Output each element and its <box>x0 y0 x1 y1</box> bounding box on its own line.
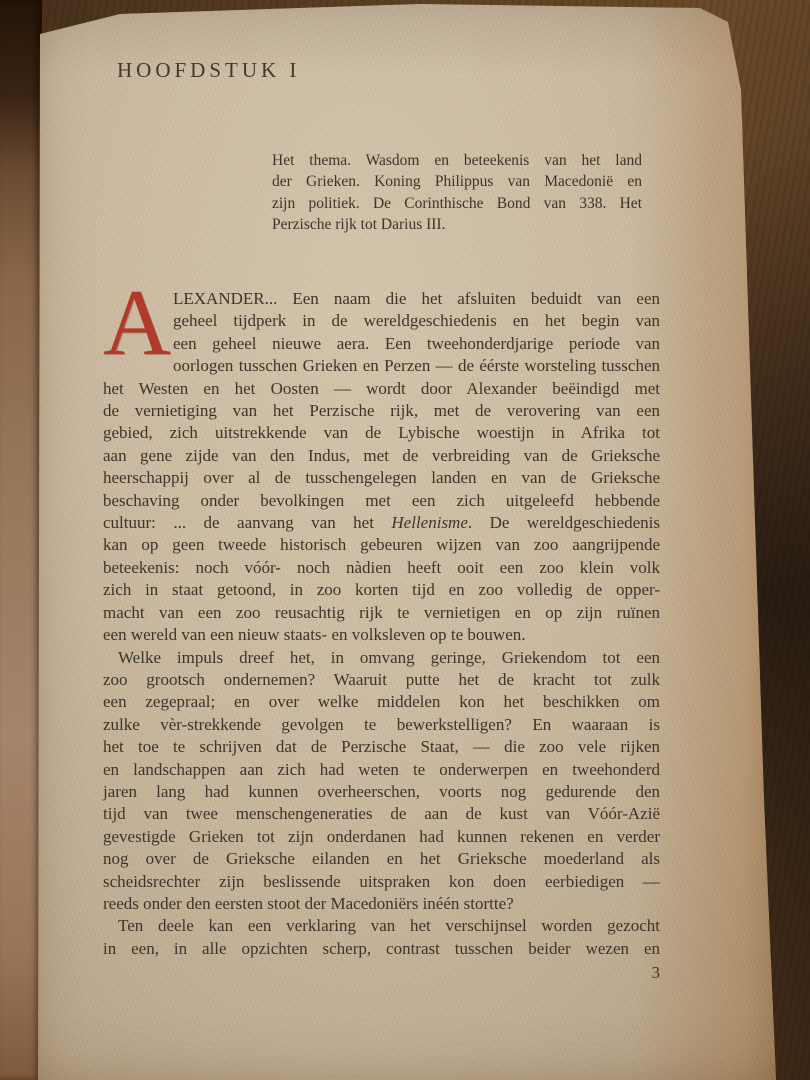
text-segment: gebied, zich uitstrekkende van de Lybisc… <box>103 423 660 442</box>
text-line: kan op geen tweede historisch gebeuren w… <box>103 534 660 556</box>
body-paragraph: ALEXANDER... Een naam die het afsluiten … <box>103 288 660 647</box>
text-line: beteekenis: noch vóór- noch nàdien heeft… <box>103 557 660 579</box>
text-segment: zulke vèr-strekkende gevolgen te bewerks… <box>103 715 660 734</box>
text-line: en landschappen aan zich had weten te on… <box>103 759 660 781</box>
text-line: aan gene zijde van den Indus, met de ver… <box>103 445 660 467</box>
body-text: ALEXANDER... Een naam die het afsluiten … <box>103 288 660 960</box>
book-page: HOOFDSTUK I Het thema. Wasdom en beteeke… <box>0 0 810 1080</box>
text-line: het Westen en het Oosten — wordt door Al… <box>103 378 660 400</box>
text-segment: macht van een zoo reusachtig rijk te ver… <box>103 603 660 622</box>
italic-term: Hellenisme <box>391 513 467 532</box>
text-line: Welke impuls dreef het, in omvang gering… <box>103 647 660 669</box>
text-segment: jaren lang had kunnen overheerschen, voo… <box>103 782 660 801</box>
text-segment: . De wereldgeschiedenis <box>468 513 660 532</box>
chapter-summary: Het thema. Wasdom en beteekenis van het … <box>272 150 642 235</box>
summary-line: zijn politiek. De Corinthische Bond van … <box>272 193 642 214</box>
text-segment: zich in staat getoond, in zoo korten tij… <box>103 580 660 599</box>
text-line: ALEXANDER... Een naam die het afsluiten … <box>103 288 660 310</box>
text-segment: een wereld van een nieuw staats- en volk… <box>103 625 526 644</box>
dropcap-letter: A <box>103 291 165 357</box>
summary-line: Het thema. Wasdom en beteekenis van het … <box>272 150 642 171</box>
text-line: zoo grootsch ondernemen? Waaruit putte h… <box>103 669 660 691</box>
text-line: gevestigde Grieken tot zijn onderdanen h… <box>103 826 660 848</box>
text-line: een wereld van een nieuw staats- en volk… <box>103 624 660 646</box>
book-left-pages-edge <box>0 0 42 1080</box>
text-line: tijd van twee menschengeneraties de aan … <box>103 803 660 825</box>
text-segment: in een, in alle opzichten scherp, contra… <box>103 939 660 958</box>
text-segment: scheidsrechter zijn beslissende uitsprak… <box>103 872 660 891</box>
text-segment: LEXANDER... Een naam die het afsluiten b… <box>173 289 660 308</box>
text-line: geheel tijdperk in de wereldgeschiedenis… <box>103 310 660 332</box>
text-segment: oorlogen tusschen Grieken en Perzen — de… <box>173 356 660 375</box>
text-segment: het Westen en het Oosten — wordt door Al… <box>103 379 660 398</box>
text-line: oorlogen tusschen Grieken en Perzen — de… <box>103 355 660 377</box>
text-line: cultuur: ... de aanvang van het Hellenis… <box>103 512 660 534</box>
text-segment: Welke impuls dreef het, in omvang gering… <box>118 648 660 667</box>
book-photo: HOOFDSTUK I Het thema. Wasdom en beteeke… <box>0 0 810 1080</box>
text-line: in een, in alle opzichten scherp, contra… <box>103 938 660 960</box>
summary-line: der Grieken. Koning Philippus van Macedo… <box>272 171 642 192</box>
text-segment: Ten deele kan een verklaring van het ver… <box>118 916 660 935</box>
text-line: het toe te schrijven dat de Perzische St… <box>103 736 660 758</box>
summary-line: Perzische rijk tot Darius III. <box>272 214 642 235</box>
text-segment: cultuur: ... de aanvang van het <box>103 513 391 532</box>
text-line: zulke vèr-strekkende gevolgen te bewerks… <box>103 714 660 736</box>
text-line: heerschappij over al de tusschengelegen … <box>103 467 660 489</box>
text-segment: geheel tijdperk in de wereldgeschiedenis… <box>173 311 660 330</box>
text-segment: een geheel nieuwe aera. Een tweehonderdj… <box>173 334 660 353</box>
text-segment: een zegepraal; en over welke middelen ko… <box>103 692 660 711</box>
text-line: een zegepraal; en over welke middelen ko… <box>103 691 660 713</box>
text-line: een geheel nieuwe aera. Een tweehonderdj… <box>103 333 660 355</box>
text-line: beschaving onder bevolkingen met een zic… <box>103 490 660 512</box>
text-segment: heerschappij over al de tusschengelegen … <box>103 468 660 487</box>
text-line: scheidsrechter zijn beslissende uitsprak… <box>103 871 660 893</box>
text-line: nog over de Grieksche eilanden en het Gr… <box>103 848 660 870</box>
text-segment: en landschappen aan zich had weten te on… <box>103 760 660 779</box>
text-line: jaren lang had kunnen overheerschen, voo… <box>103 781 660 803</box>
text-line: Ten deele kan een verklaring van het ver… <box>103 915 660 937</box>
text-segment: tijd van twee menschengeneraties de aan … <box>103 804 660 823</box>
text-segment: kan op geen tweede historisch gebeuren w… <box>103 535 660 554</box>
text-segment: aan gene zijde van den Indus, met de ver… <box>103 446 660 465</box>
text-line: reeds onder den eersten stoot der Macedo… <box>103 893 660 915</box>
text-segment: nog over de Grieksche eilanden en het Gr… <box>103 849 660 868</box>
text-segment: gevestigde Grieken tot zijn onderdanen h… <box>103 827 660 846</box>
chapter-heading: HOOFDSTUK I <box>117 58 300 83</box>
text-segment: beteekenis: noch vóór- noch nàdien heeft… <box>103 558 660 577</box>
text-line: macht van een zoo reusachtig rijk te ver… <box>103 602 660 624</box>
text-line: zich in staat getoond, in zoo korten tij… <box>103 579 660 601</box>
text-segment: reeds onder den eersten stoot der Macedo… <box>103 894 514 913</box>
page-number: 3 <box>103 963 660 983</box>
body-paragraph: Welke impuls dreef het, in omvang gering… <box>103 647 660 916</box>
body-paragraph: Ten deele kan een verklaring van het ver… <box>103 915 660 960</box>
text-segment: zoo grootsch ondernemen? Waaruit putte h… <box>103 670 660 689</box>
text-segment: de vernietiging van het Perzische rijk, … <box>103 401 660 420</box>
text-segment: beschaving onder bevolkingen met een zic… <box>103 491 660 510</box>
text-segment: het toe te schrijven dat de Perzische St… <box>103 737 660 756</box>
text-line: gebied, zich uitstrekkende van de Lybisc… <box>103 422 660 444</box>
text-line: de vernietiging van het Perzische rijk, … <box>103 400 660 422</box>
